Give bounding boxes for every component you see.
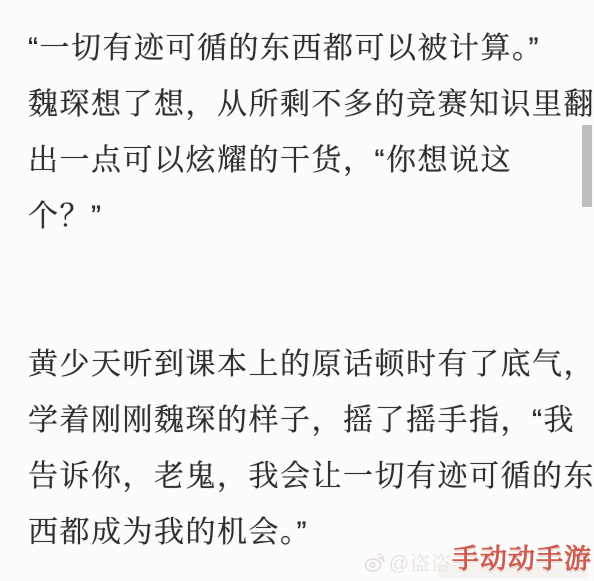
watermark-brand: 手动动手游 — [452, 537, 592, 580]
paragraph-spacer — [28, 245, 564, 337]
novel-text-block: “一切有迹可循的东西都可以被计算。” 魏琛想了想，从所剩不多的竞赛知识里翻 出一… — [28, 21, 564, 561]
watermark: @盗盗 手动动手游 — [452, 546, 592, 580]
vertical-scrollbar-thumb[interactable] — [582, 125, 592, 207]
paragraph1-line3: 出一点可以炫耀的干货，“你想说这 — [28, 133, 564, 189]
paragraph2-line3: 告诉你，老鬼，我会让一切有迹可循的东 — [28, 449, 564, 505]
paragraph1-line1: “一切有迹可循的东西都可以被计算。” — [28, 21, 564, 77]
weibo-logo-icon — [363, 550, 387, 574]
paragraph2-line2: 学着刚刚魏琛的样子，摇了摇手指，“我 — [28, 393, 564, 449]
paragraph2-line1: 黄少天听到课本上的原话顿时有了底气， — [28, 337, 564, 393]
paragraph1-line4: 个？” — [28, 189, 564, 245]
paragraph1-line2: 魏琛想了想，从所剩不多的竞赛知识里翻 — [28, 77, 564, 133]
novel-text-page: “一切有迹可循的东西都可以被计算。” 魏琛想了想，从所剩不多的竞赛知识里翻 出一… — [0, 0, 594, 581]
